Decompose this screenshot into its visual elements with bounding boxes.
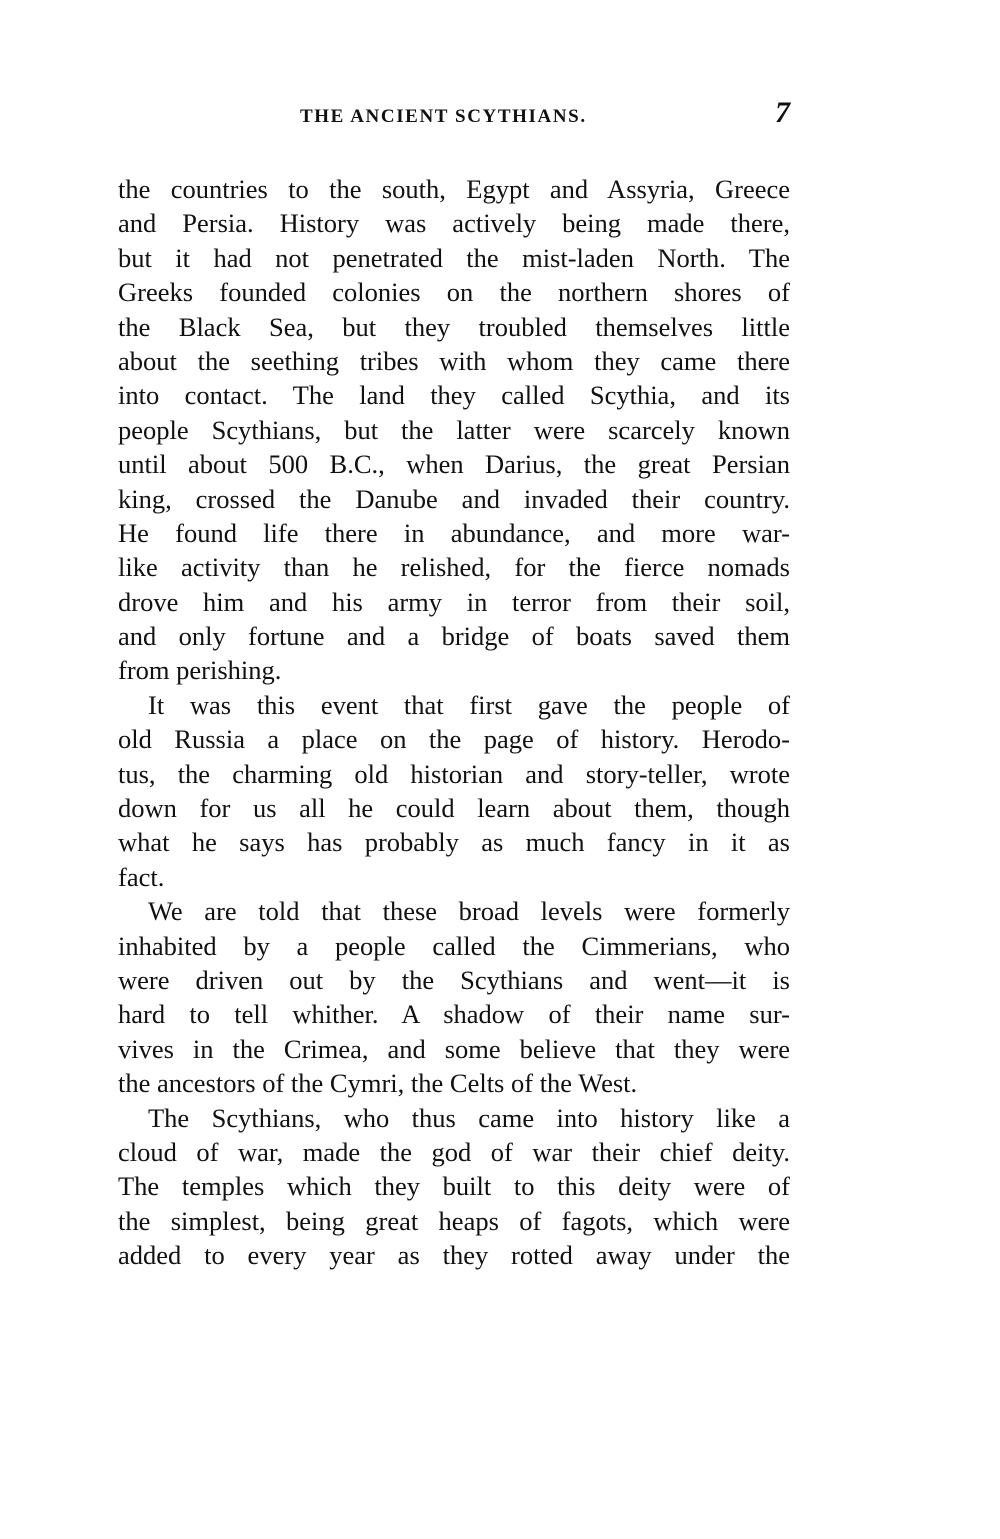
- text-line: inhabited by a people called the Cimmeri…: [118, 929, 790, 963]
- text-line: until about 500 B.C., when Darius, the g…: [118, 447, 790, 481]
- text-line: old Russia a place on the page of histor…: [118, 722, 790, 756]
- text-line: Greeks founded colonies on the northern …: [118, 275, 790, 309]
- text-line: about the seething tribes with whom they…: [118, 344, 790, 378]
- text-line: were driven out by the Scythians and wen…: [118, 963, 790, 997]
- text-line: and Persia. History was actively being m…: [118, 206, 790, 240]
- paragraph-4: The Scythians, who thus came into histor…: [118, 1101, 790, 1273]
- text-line: king, crossed the Danube and invaded the…: [118, 482, 790, 516]
- text-line: added to every year as they rotted away …: [118, 1238, 790, 1272]
- text-line: hard to tell whither. A shadow of their …: [118, 997, 790, 1031]
- book-page: THE ANCIENT SCYTHIANS. 7 the countries t…: [0, 0, 1000, 1539]
- text-line: He found life there in abundance, and mo…: [118, 516, 790, 550]
- text-line: drove him and his army in terror from th…: [118, 585, 790, 619]
- body-text: the countries to the south, Egypt and As…: [118, 172, 790, 1273]
- paragraph-2: It was this event that first gave the pe…: [118, 688, 790, 894]
- text-line: the Black Sea, but they troubled themsel…: [118, 310, 790, 344]
- text-line: We are told that these broad levels were…: [118, 894, 790, 928]
- text-line: The Scythians, who thus came into histor…: [118, 1101, 790, 1135]
- text-line: but it had not penetrated the mist-laden…: [118, 241, 790, 275]
- running-title: THE ANCIENT SCYTHIANS.: [300, 106, 587, 128]
- text-line: like activity than he relished, for the …: [118, 550, 790, 584]
- text-line: the ancestors of the Cymri, the Celts of…: [118, 1066, 790, 1100]
- text-line: into contact. The land they called Scyth…: [118, 378, 790, 412]
- paragraph-3: We are told that these broad levels were…: [118, 894, 790, 1100]
- text-line: cloud of war, made the god of war their …: [118, 1135, 790, 1169]
- text-line: the simplest, being great heaps of fagot…: [118, 1204, 790, 1238]
- text-line: down for us all he could learn about the…: [118, 791, 790, 825]
- text-line: The temples which they built to this dei…: [118, 1169, 790, 1203]
- text-line: the countries to the south, Egypt and As…: [118, 172, 790, 206]
- page-number: 7: [775, 96, 790, 130]
- text-line: tus, the charming old historian and stor…: [118, 757, 790, 791]
- text-line: fact.: [118, 860, 790, 894]
- text-line: It was this event that first gave the pe…: [118, 688, 790, 722]
- paragraph-1: the countries to the south, Egypt and As…: [118, 172, 790, 688]
- text-line: and only fortune and a bridge of boats s…: [118, 619, 790, 653]
- text-line: from perishing.: [118, 653, 790, 687]
- text-line: what he says has probably as much fancy …: [118, 825, 790, 859]
- text-line: vives in the Crimea, and some believe th…: [118, 1032, 790, 1066]
- text-line: people Scythians, but the latter were sc…: [118, 413, 790, 447]
- running-header: THE ANCIENT SCYTHIANS. 7: [118, 96, 790, 136]
